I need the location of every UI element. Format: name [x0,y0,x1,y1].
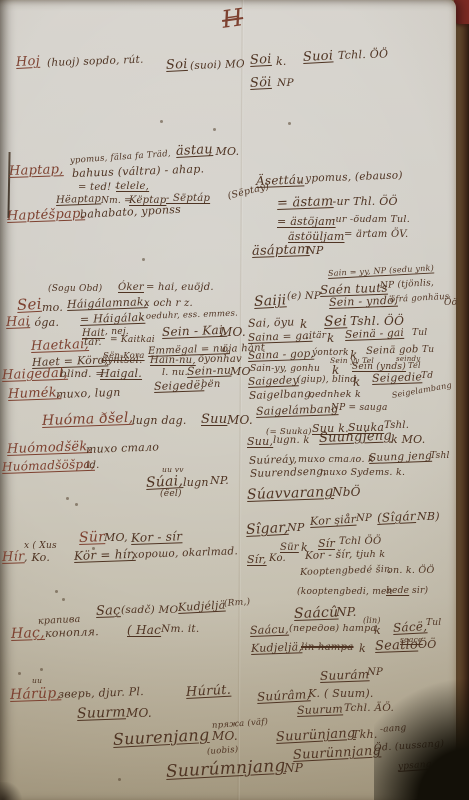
handwritten-text: тихо стало. k [298,455,374,465]
handwriting-layer: HHoj(huoj) sopdo, rút.Soi(suoi) MOSoik.S… [0,0,456,800]
handwritten-text: bahuus (váltra) - ahap. [72,163,205,179]
handwritten-headword: Haptap, [9,163,64,178]
handwritten-text: (передов) hampa [289,624,376,634]
handwritten-text: (e) NP [287,292,321,302]
handwritten-headword: Sîgar, [246,521,289,537]
handwritten-headword: Seatlo [375,639,418,653]
handwritten-headword: Söi [250,76,272,90]
handwritten-text: Tul [426,619,441,628]
handwritten-headword: Saiji [254,293,287,309]
handwritten-headword: Suung jeng [369,451,432,464]
handwritten-headword: = Háigálak [80,312,146,325]
handwritten-text: MO. [212,730,238,742]
handwritten-text: = Kaitkai [110,336,155,345]
handwritten-text: , oeduhr, ess. emmes. [140,310,238,322]
handwritten-text: mo. [42,302,63,313]
handwritten-text: id. [86,461,100,471]
handwritten-text: Tchl ÖÖ [339,537,381,547]
handwritten-headword: Saácû [294,605,339,621]
handwritten-text: (Sogu Obd) [48,285,102,294]
handwritten-headword: Saina - gop, [248,349,314,362]
handwritten-headword: Súavvarang [247,485,334,502]
handwritten-headword: Seigedie [372,371,423,384]
handwritten-headword: bede [386,587,409,596]
manuscript-photo: HHoj(huoj) sopdo, rút.Soi(suoi) MOSoik.S… [0,0,469,800]
handwritten-headword: Huómodšëk, [7,440,92,456]
handwritten-text: Saigelbang, [249,389,315,402]
handwritten-headword: Soi [250,53,272,67]
handwritten-text: = ted! - [78,183,118,193]
handwritten-headword: Kudjeljä, [251,641,303,654]
handwritten-text: (ëel) [160,490,182,499]
handwritten-text: H [220,5,244,32]
handwritten-text: NP [306,245,324,256]
handwritten-text: k [353,376,361,388]
handwritten-headword: Haigal. [100,368,142,379]
handwritten-text: (Rm,) [224,598,251,609]
handwritten-text: Kooptengbedé šir, [300,565,391,578]
handwritten-text: k MO. [391,434,426,445]
handwritten-headword: Huóma ðšel, [42,411,134,428]
handwritten-text: Tul [412,329,427,338]
handwritten-text: k. [276,56,287,67]
handwritten-headword: Sein - Kai, [162,324,227,338]
handwritten-text: конопля. [45,626,99,639]
handwritten-text: x ( Xus [24,542,57,551]
handwritten-text: Nm. it. [161,624,200,635]
handwritten-headword: Soi [166,58,188,72]
handwritten-text: öyntsel. [101,356,143,366]
handwritten-headword: Óker [118,283,144,293]
handwritten-text: NP [284,762,303,774]
handwritten-headword: (Sîgár [377,510,416,524]
handwritten-text: k [359,643,366,654]
handwritten-text: (suoi) MO [190,59,245,71]
handwritten-text: NP = sauga [331,404,388,413]
handwritten-headword: Haetkai, [31,338,89,353]
handwritten-text: Tshl [430,452,450,461]
handwritten-text: MO. [126,707,152,719]
handwritten-text: Seigelambang [391,382,452,400]
handwritten-text: öfrá gonhäus [390,293,450,305]
handwritten-headword: Saç [96,604,121,618]
handwritten-headword: Sein-nu [187,364,232,377]
handwritten-text: , -ur Thl. ÖÖ [325,196,398,207]
handwritten-text: k [300,318,308,330]
handwritten-headword: telele, [116,182,149,192]
handwritten-text: -aang [380,724,407,735]
handwritten-headword: Huómadšöšpa, [2,458,95,473]
handwritten-headword: Kor șiår [310,514,357,527]
handwritten-text: lugn. k [273,436,310,446]
handwritten-headword: Suurám [320,668,370,682]
handwritten-text: -ur -öudam Tul. [332,215,410,225]
handwritten-text: Kor - šír, [305,549,353,561]
handwritten-headword: Suurúmnjang [166,758,286,781]
handwritten-text: Ko. [269,554,286,564]
handwritten-text: tjuh k [356,550,385,560]
handwritten-headword: Saigelámbang [256,403,339,417]
handwritten-text: (kooptengbedi, men [297,588,393,597]
handwritten-headword: Suoi [303,49,334,64]
handwritten-text: Td [421,372,433,381]
handwritten-headword: Hír [2,550,25,564]
handwritten-headword: Suurum [297,703,343,716]
handwritten-text: NP (tjönlis, [380,279,435,291]
handwritten-text: lugn dag. [132,415,187,426]
handwritten-headword: Suungjeng [319,429,392,445]
handwritten-text: , Ko. [24,552,50,563]
handwritten-headword: Saigedey [248,375,299,387]
handwritten-text: oednhek k [309,390,361,400]
handwritten-text: bën [201,380,221,390]
handwritten-headword: Humék, [8,386,62,401]
handwritten-text: , óga. [27,317,59,328]
handwritten-headword: ( Hac [127,624,161,636]
handwritten-headword: Suu, [247,436,273,447]
handwritten-text: K. ( Suum). [308,688,374,699]
handwritten-headword: Háigálamnak, [67,296,148,310]
handwritten-headword: Hárüp, [10,686,62,702]
handwritten-text: k [374,625,381,636]
handwritten-headword: Húrút. [186,684,232,699]
handwritten-text: blind. = [60,369,104,380]
handwritten-headword: ästöüljam [288,231,345,242]
handwritten-text: (uobis) [207,746,239,757]
handwritten-text: , tär [306,332,326,341]
handwritten-text: bahabato, yponss [80,204,182,220]
handwritten-headword: = ästöjam [277,216,336,227]
handwritten-text: (giup), blind [297,376,356,385]
handwritten-headword: Saácu, [250,624,289,636]
handwritten-headword: Suurünnjang [293,744,382,762]
handwritten-headword: Seigedë, [154,379,205,392]
handwritten-text: Tu [422,346,434,355]
handwritten-headword: Seinä - gai [345,328,404,341]
handwritten-text: NP [356,514,372,524]
handwritten-text: зверь, djur. Pl. [58,686,144,700]
handwritten-text: (huoj) sopdo, rút. [47,55,144,69]
handwritten-text: (sadč) MO [121,605,178,616]
handwritten-headword: Sei [17,297,42,313]
handwritten-text: x och r z. [144,299,193,309]
handwritten-text: tar. [84,338,102,348]
handwritten-text: MO, [104,532,128,543]
handwritten-headword: Suu [201,413,227,426]
handwritten-text: sir) [412,587,428,596]
handwritten-text: k [327,332,335,344]
handwritten-text: lugn [183,477,209,488]
handwritten-text: Tchl. ÖÖ [338,48,389,61]
handwritten-headword: Sír [318,538,335,549]
handwritten-text: тихо, lugn [56,387,121,400]
handwritten-headword: ypsang [398,761,432,772]
handwritten-text: Tel [408,362,421,370]
handwritten-text: Tchl. ÄÖ. [344,703,394,714]
handwritten-headword: Haç, [11,626,45,641]
handwritten-headword: Hëaptap [56,194,101,206]
handwritten-text: ÖÖ [418,639,437,650]
handwritten-text: NP [367,668,383,678]
handwritten-headword: Haptéšpap, [7,207,85,223]
handwritten-text: = hai, euöjd. [146,283,214,293]
handwritten-text: Öd. (uussang) [374,739,445,753]
handwritten-headword: Sür [79,530,106,545]
handwritten-text: uu [32,677,42,685]
handwritten-headword: Suurünjang [276,727,356,744]
handwritten-headword: Kör = hír, [74,548,136,562]
handwritten-headword: Súai, [146,474,184,490]
manuscript-page: HHoj(huoj) sopdo, rút.Soi(suoi) MOSoik.S… [0,0,456,800]
handwritten-text: хорошо, okarlmad. [132,546,238,560]
handwritten-text: , MO. [208,146,239,157]
handwritten-text: Tshl. ÖÖ [350,315,404,327]
handwritten-headword: Sein - yndö, [329,295,398,308]
handwritten-text: , ypomus, (ebauso) [298,170,403,184]
handwritten-text: тихо стало [86,441,159,455]
handwritten-headword: Sír, [247,554,267,565]
handwritten-text: Sain-yy, gonhu [250,365,320,374]
handwritten-headword: Kor - sír [131,530,183,544]
handwritten-headword: Sácë, [393,620,428,634]
handwritten-text: on. k. ÖÖ [387,566,435,576]
book-edge-red-corner [454,0,469,24]
handwritten-text: MO. [220,326,246,338]
handwritten-text: Sai, öyu [248,316,295,329]
handwritten-headword: Sain = yy, NP (sedu ynk) [328,264,434,278]
handwritten-headword: Saina = gai [248,331,313,344]
handwritten-text: NbÖ [332,486,361,498]
handwritten-text: NP [277,78,294,89]
handwritten-text: Suurendseng, [250,466,327,479]
handwritten-headword: Kudjéljä [178,600,226,613]
handwritten-text: NB) [417,511,440,522]
handwritten-text: Suúreáy, [249,454,297,466]
handwritten-text: NP. [336,606,357,618]
handwritten-text: Tkh. [352,729,378,740]
handwritten-text: NP [287,522,305,533]
handwritten-text: = ärtam ÖV. [344,230,408,240]
handwritten-headword: Sei [324,314,348,329]
handwritten-headword: Suurm [77,705,126,721]
handwritten-headword: Hoj [16,55,41,69]
handwritten-text: Öö [444,299,457,308]
handwritten-headword: Suúrâm, [257,688,311,703]
handwritten-text: l. nu. [162,368,188,378]
handwritten-headword: Sür [280,543,299,553]
handwritten-headword: äsáptam [252,243,310,258]
handwritten-text: lin hampa [301,643,354,653]
handwritten-headword: Haigedal, [2,367,68,382]
handwritten-text: MO. [227,414,253,426]
handwritten-text: NP. [210,475,229,486]
handwritten-text: тихо Sydems. k. [320,468,405,478]
handwritten-headword: Suurenjang [113,727,210,748]
